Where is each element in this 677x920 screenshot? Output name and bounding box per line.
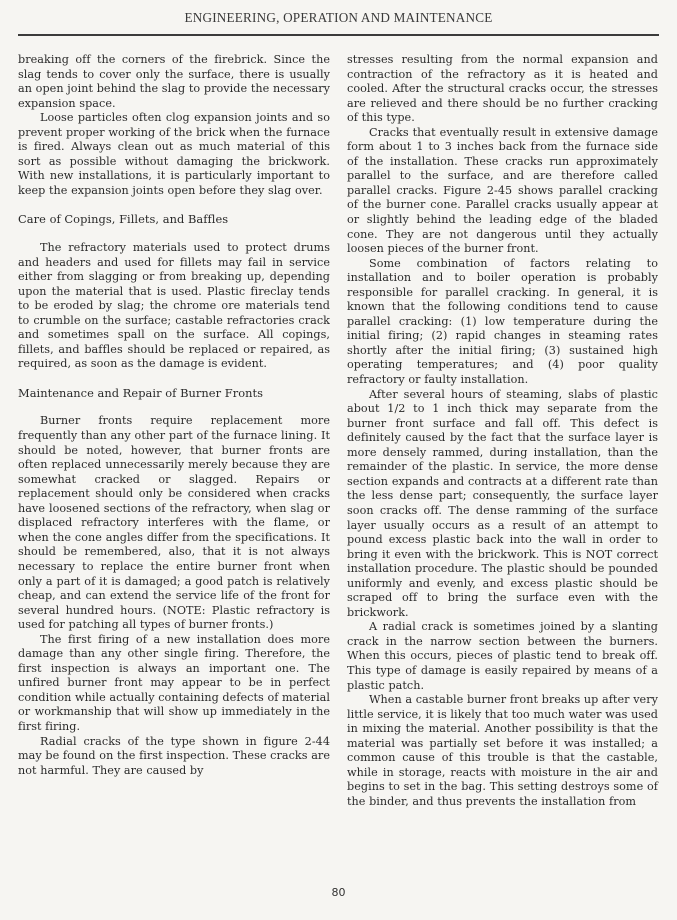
paragraph: Radial cracks of the type shown in figur…	[18, 735, 330, 779]
section-heading-burner-fronts: Maintenance and Repair of Burner Fronts	[18, 386, 330, 401]
paragraph: breaking off the corners of the firebric…	[18, 53, 330, 111]
left-column: breaking off the corners of the firebric…	[18, 53, 330, 778]
right-column: stresses resulting from the normal expan…	[347, 53, 658, 809]
paragraph: When a castable burner front breaks up a…	[347, 693, 658, 809]
paragraph: The first firing of a new installation d…	[18, 633, 330, 735]
paragraph: Loose particles often clog expansion joi…	[18, 111, 330, 198]
paragraph: After several hours of steaming, slabs o…	[347, 388, 658, 621]
running-header: ENGINEERING, OPERATION AND MAINTENANCE	[0, 10, 677, 26]
paragraph: Burner fronts require replacement more f…	[18, 414, 330, 632]
section-heading-copings: Care of Copings, Fillets, and Baffles	[18, 212, 330, 227]
paragraph: Cracks that eventually result in extensi…	[347, 126, 658, 257]
paragraph: stresses resulting from the normal expan…	[347, 53, 658, 126]
paragraph: A radial crack is sometimes joined by a …	[347, 620, 658, 693]
page-number: 80	[0, 886, 677, 899]
paragraph: Some combination of factors relating to …	[347, 257, 658, 388]
header-rule	[18, 34, 659, 36]
paragraph: The refractory materials used to protect…	[18, 241, 330, 372]
